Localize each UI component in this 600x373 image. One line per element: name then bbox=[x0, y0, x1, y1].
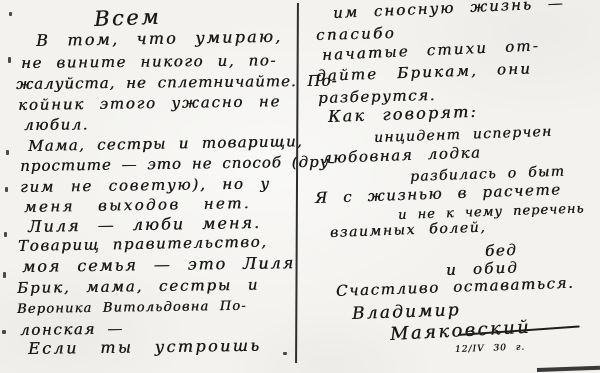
scan-speck bbox=[6, 150, 9, 155]
letter-line: гим не советую), но у bbox=[20, 176, 271, 196]
letter-line: бед bbox=[485, 242, 518, 260]
letter-line: дайте Брикам, они bbox=[316, 60, 533, 84]
letter-line: меня выходов нет. bbox=[24, 195, 251, 215]
letter-line: взаимных болей, bbox=[330, 221, 487, 242]
letter-date: 12/IV 30 г. bbox=[455, 344, 525, 356]
letter-line: лонская — bbox=[20, 321, 124, 339]
letter-line: жалуйста, не сплетничайте. По- bbox=[16, 73, 338, 93]
handwritten-letter-scan: Всем В том, что умираю, не вините никого… bbox=[0, 0, 600, 373]
scan-speck bbox=[4, 232, 7, 237]
letter-line: спасибо bbox=[316, 25, 396, 44]
letter-line: простите — это не способ (дру- bbox=[20, 154, 336, 175]
letter-line: Счастливо оставаться. bbox=[336, 275, 575, 300]
letter-title: Всем bbox=[94, 6, 162, 31]
scan-speck bbox=[283, 352, 287, 355]
scan-speck bbox=[5, 187, 8, 192]
letter-line: Как говорят: bbox=[328, 103, 479, 126]
letter-line: моя семья — это Лиля bbox=[22, 254, 295, 275]
letter-line: не вините никого и, по- bbox=[21, 52, 277, 71]
letter-line: и не к чему перечень bbox=[398, 202, 585, 223]
letter-line: Если ты устроишь bbox=[28, 337, 262, 358]
letter-line: любил. bbox=[24, 116, 89, 133]
letter-line: койник этого ужасно не bbox=[18, 93, 281, 113]
letter-line: им сносную жизнь — bbox=[333, 0, 565, 21]
letter-line: любовная лодка bbox=[322, 144, 482, 166]
letter-line: Лиля — люби меня. bbox=[28, 214, 261, 236]
letter-line: Вероника Витольдовна По- bbox=[17, 300, 247, 318]
letter-line: Брик, мама, сестры и bbox=[17, 277, 259, 297]
scan-speck bbox=[2, 330, 6, 334]
scan-speck bbox=[8, 57, 11, 63]
letter-line: В том, что умираю, bbox=[36, 28, 283, 50]
page-fold-line bbox=[295, 3, 299, 363]
letter-line: Мама, сестры и товарищи, bbox=[28, 133, 303, 154]
scan-speck bbox=[3, 272, 6, 278]
letter-line: Товарищ правительство, bbox=[18, 234, 268, 255]
scan-speck bbox=[9, 12, 12, 16]
photo-edge-mark bbox=[537, 366, 600, 372]
